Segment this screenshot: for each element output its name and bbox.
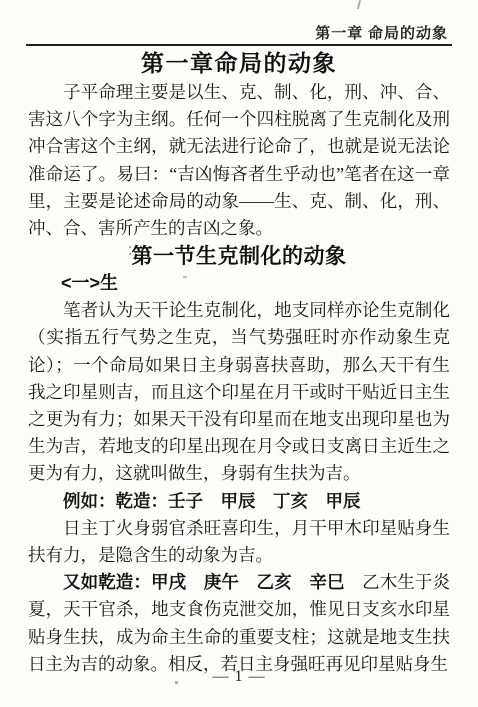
running-header: 第一章 命局的动象 — [28, 25, 450, 43]
subsection-title-sheng: <一>生 — [28, 270, 450, 297]
scan-artifact — [357, 0, 361, 9]
header-rule — [26, 44, 452, 46]
example2-paragraph: 又如乾造：甲戌 庚午 乙亥 辛巳 乙木生于炎夏，天干官杀，地支食伤克泄交加，惟见… — [28, 569, 450, 678]
example2-pillars: 又如乾造：甲戌 庚午 乙亥 辛巳 — [63, 572, 362, 592]
page-number: — 1 — — [0, 668, 478, 686]
example1-pillars-line: 例如：乾造：壬子 甲辰 丁亥 甲辰 — [28, 488, 450, 515]
sheng-theory-paragraph: 笔者认为天干论生克制化，地支同样亦论生克制化（实指五行气势之生克，当气势强旺时亦… — [28, 297, 450, 487]
example1-analysis-paragraph: 日主丁火身弱官杀旺喜印生，月干甲木印星贴身生扶有力，是隐含生的动象为吉。 — [28, 515, 450, 569]
section-title: 第一节生克制化的动象 — [28, 243, 450, 270]
intro-paragraph: 子平命理主要是以生、克、制、化，刑、冲、合、害这八个字为主纲。任何一个四柱脱离了… — [28, 79, 450, 242]
book-page: 第一章 命局的动象 第一章命局的动象 子平命理主要是以生、克、制、化，刑、冲、合… — [0, 0, 478, 707]
chapter-title: 第一章命局的动象 — [28, 48, 450, 78]
